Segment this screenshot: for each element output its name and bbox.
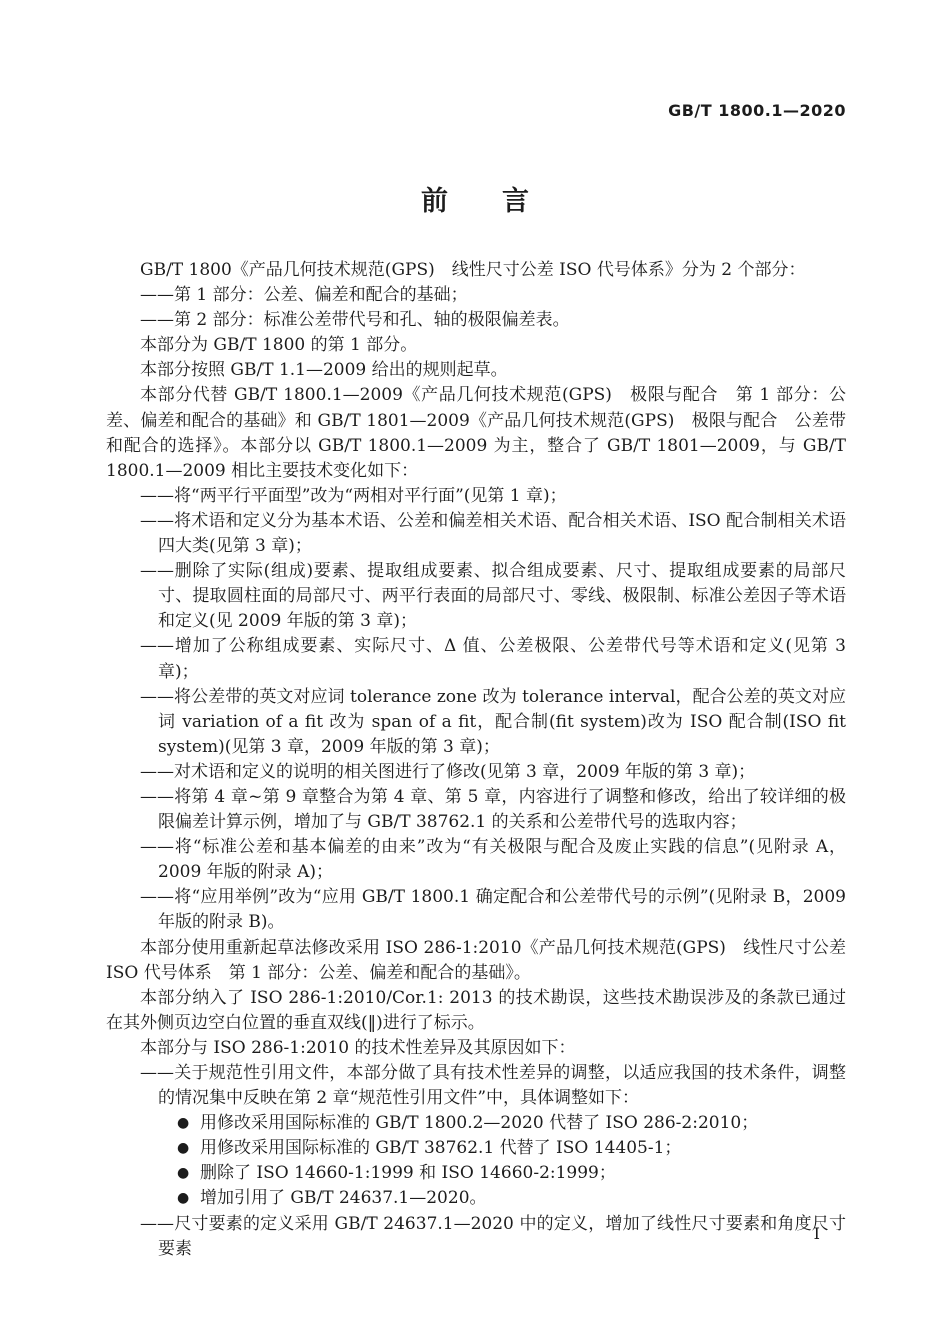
text-run: 本部分为 GB/T 1800 的第 1 部分。	[140, 335, 417, 355]
dash-list-item: ——将“应用举例”改为“应用 GB/T 1800.1 确定配合和公差带代号的示例…	[106, 885, 846, 935]
paragraph: 本部分代替 GB/T 1800.1—2009《产品几何技术规范(GPS) 极限与…	[106, 383, 846, 483]
text-run: 增加了公称组成要素、实际尺寸、Δ 值、公差极限、公差带代号等术语和定义(见第 3…	[158, 636, 846, 681]
bullet-list-item: ●用修改采用国际标准的 GB/T 38762.1 代替了 ISO 14405-1…	[106, 1136, 846, 1161]
text-run: 将术语和定义分为基本术语、公差和偏差相关术语、配合相关术语、ISO 配合制相关术…	[158, 511, 846, 556]
paragraph: 本部分纳入了 ISO 286-1:2010/Cor.1: 2013 的技术勘误，…	[106, 986, 846, 1036]
dash-marker: ——	[140, 787, 174, 807]
page-number-value: Ⅰ	[814, 1224, 820, 1243]
bullet-icon: ●	[177, 1186, 200, 1211]
text-run: 删除了 ISO 14660-1:1999 和 ISO 14660-2:1999；	[200, 1163, 616, 1183]
text-run: 将“两平行平面型”改为“两相对平行面”(见第 1 章)；	[174, 486, 567, 506]
text-run: GB/T 1800《产品几何技术规范(GPS) 线性尺寸公差 ISO 代号体系》…	[140, 260, 805, 280]
text-run: 第 2 部分：标准公差带代号和孔、轴的极限偏差表。	[174, 310, 570, 330]
dash-list-item: ——将“标准公差和基本偏差的由来”改为“有关极限与配合及废止实践的信息”(见附录…	[106, 835, 846, 885]
page-title: 前 言	[0, 179, 950, 218]
bullet-icon: ●	[177, 1136, 200, 1161]
bullet-list-item: ●用修改采用国际标准的 GB/T 1800.2—2020 代替了 ISO 286…	[106, 1111, 846, 1136]
text-run: 将第 4 章~第 9 章整合为第 4 章、第 5 章，内容进行了调整和修改，给出…	[158, 787, 846, 832]
text-run: 本部分使用重新起草法修改采用 ISO 286-1:2010《产品几何技术规范(G…	[106, 938, 846, 983]
dash-marker: ——	[140, 687, 174, 707]
text-run: 将“标准公差和基本偏差的由来”改为“有关极限与配合及废止实践的信息”(见附录 A…	[158, 837, 846, 882]
text-run: 本部分代替 GB/T 1800.1—2009《产品几何技术规范(GPS) 极限与…	[106, 385, 846, 480]
dash-marker: ——	[140, 511, 174, 531]
paragraph: 本部分使用重新起草法修改采用 ISO 286-1:2010《产品几何技术规范(G…	[106, 936, 846, 986]
dash-marker: ——	[140, 887, 174, 907]
bullet-icon: ●	[177, 1161, 200, 1186]
dash-list-item: ——对术语和定义的说明的相关图进行了修改(见第 3 章，2009 年版的第 3 …	[106, 760, 846, 785]
foreword-body: GB/T 1800《产品几何技术规范(GPS) 线性尺寸公差 ISO 代号体系》…	[106, 258, 846, 1262]
dash-list-item: ——增加了公称组成要素、实际尺寸、Δ 值、公差极限、公差带代号等术语和定义(见第…	[106, 634, 846, 684]
paragraph: 本部分按照 GB/T 1.1—2009 给出的规则起草。	[106, 358, 846, 383]
bullet-list-item: ●增加引用了 GB/T 24637.1—2020。	[106, 1186, 846, 1211]
dash-marker: ——	[140, 636, 174, 656]
text-run: 将公差带的英文对应词 tolerance zone 改为 tolerance i…	[158, 687, 846, 757]
text-run: 删除了实际(组成)要素、提取组成要素、拟合组成要素、尺寸、提取组成要素的局部尺寸…	[158, 561, 846, 631]
page-number: Ⅰ	[0, 1224, 846, 1243]
dash-marker: ——	[140, 762, 174, 782]
dash-marker: ——	[140, 310, 174, 330]
paragraph: 本部分为 GB/T 1800 的第 1 部分。	[106, 333, 846, 358]
text-run: 用修改采用国际标准的 GB/T 38762.1 代替了 ISO 14405-1；	[200, 1138, 681, 1158]
paragraph: GB/T 1800《产品几何技术规范(GPS) 线性尺寸公差 ISO 代号体系》…	[106, 258, 846, 283]
text-run: 本部分纳入了 ISO 286-1:2010/Cor.1: 2013 的技术勘误，…	[106, 988, 846, 1033]
document-page: GB/T 1800.1—2020 前 言 GB/T 1800《产品几何技术规范(…	[0, 0, 950, 1344]
text-run: 关于规范性引用文件，本部分做了具有技术性差异的调整，以适应我国的技术条件，调整的…	[158, 1063, 846, 1108]
dash-marker: ——	[140, 837, 174, 857]
dash-list-item: ——将第 4 章~第 9 章整合为第 4 章、第 5 章，内容进行了调整和修改，…	[106, 785, 846, 835]
doc-number: GB/T 1800.1—2020	[0, 101, 846, 120]
dash-marker: ——	[140, 561, 174, 581]
dash-list-item: ——第 1 部分：公差、偏差和配合的基础；	[106, 283, 846, 308]
bullet-list-item: ●删除了 ISO 14660-1:1999 和 ISO 14660-2:1999…	[106, 1161, 846, 1186]
text-run: 对术语和定义的说明的相关图进行了修改(见第 3 章，2009 年版的第 3 章)…	[174, 762, 755, 782]
text-run: 将“应用举例”改为“应用 GB/T 1800.1 确定配合和公差带代号的示例”(…	[158, 887, 846, 932]
bullet-icon: ●	[177, 1111, 200, 1136]
dash-marker: ——	[140, 486, 174, 506]
text-run: 本部分与 ISO 286-1:2010 的技术性差异及其原因如下：	[140, 1038, 576, 1058]
dash-list-item: ——将公差带的英文对应词 tolerance zone 改为 tolerance…	[106, 685, 846, 760]
dash-list-item: ——关于规范性引用文件，本部分做了具有技术性差异的调整，以适应我国的技术条件，调…	[106, 1061, 846, 1111]
dash-list-item: ——删除了实际(组成)要素、提取组成要素、拟合组成要素、尺寸、提取组成要素的局部…	[106, 559, 846, 634]
dash-list-item: ——将术语和定义分为基本术语、公差和偏差相关术语、配合相关术语、ISO 配合制相…	[106, 509, 846, 559]
text-run: 第 1 部分：公差、偏差和配合的基础；	[174, 285, 468, 305]
text-run: 增加引用了 GB/T 24637.1—2020。	[200, 1188, 487, 1208]
dash-list-item: ——第 2 部分：标准公差带代号和孔、轴的极限偏差表。	[106, 308, 846, 333]
dash-marker: ——	[140, 1063, 174, 1083]
paragraph: 本部分与 ISO 286-1:2010 的技术性差异及其原因如下：	[106, 1036, 846, 1061]
dash-list-item: ——将“两平行平面型”改为“两相对平行面”(见第 1 章)；	[106, 484, 846, 509]
dash-marker: ——	[140, 285, 174, 305]
text-run: 本部分按照 GB/T 1.1—2009 给出的规则起草。	[140, 360, 508, 380]
text-run: 用修改采用国际标准的 GB/T 1800.2—2020 代替了 ISO 286-…	[200, 1113, 758, 1133]
